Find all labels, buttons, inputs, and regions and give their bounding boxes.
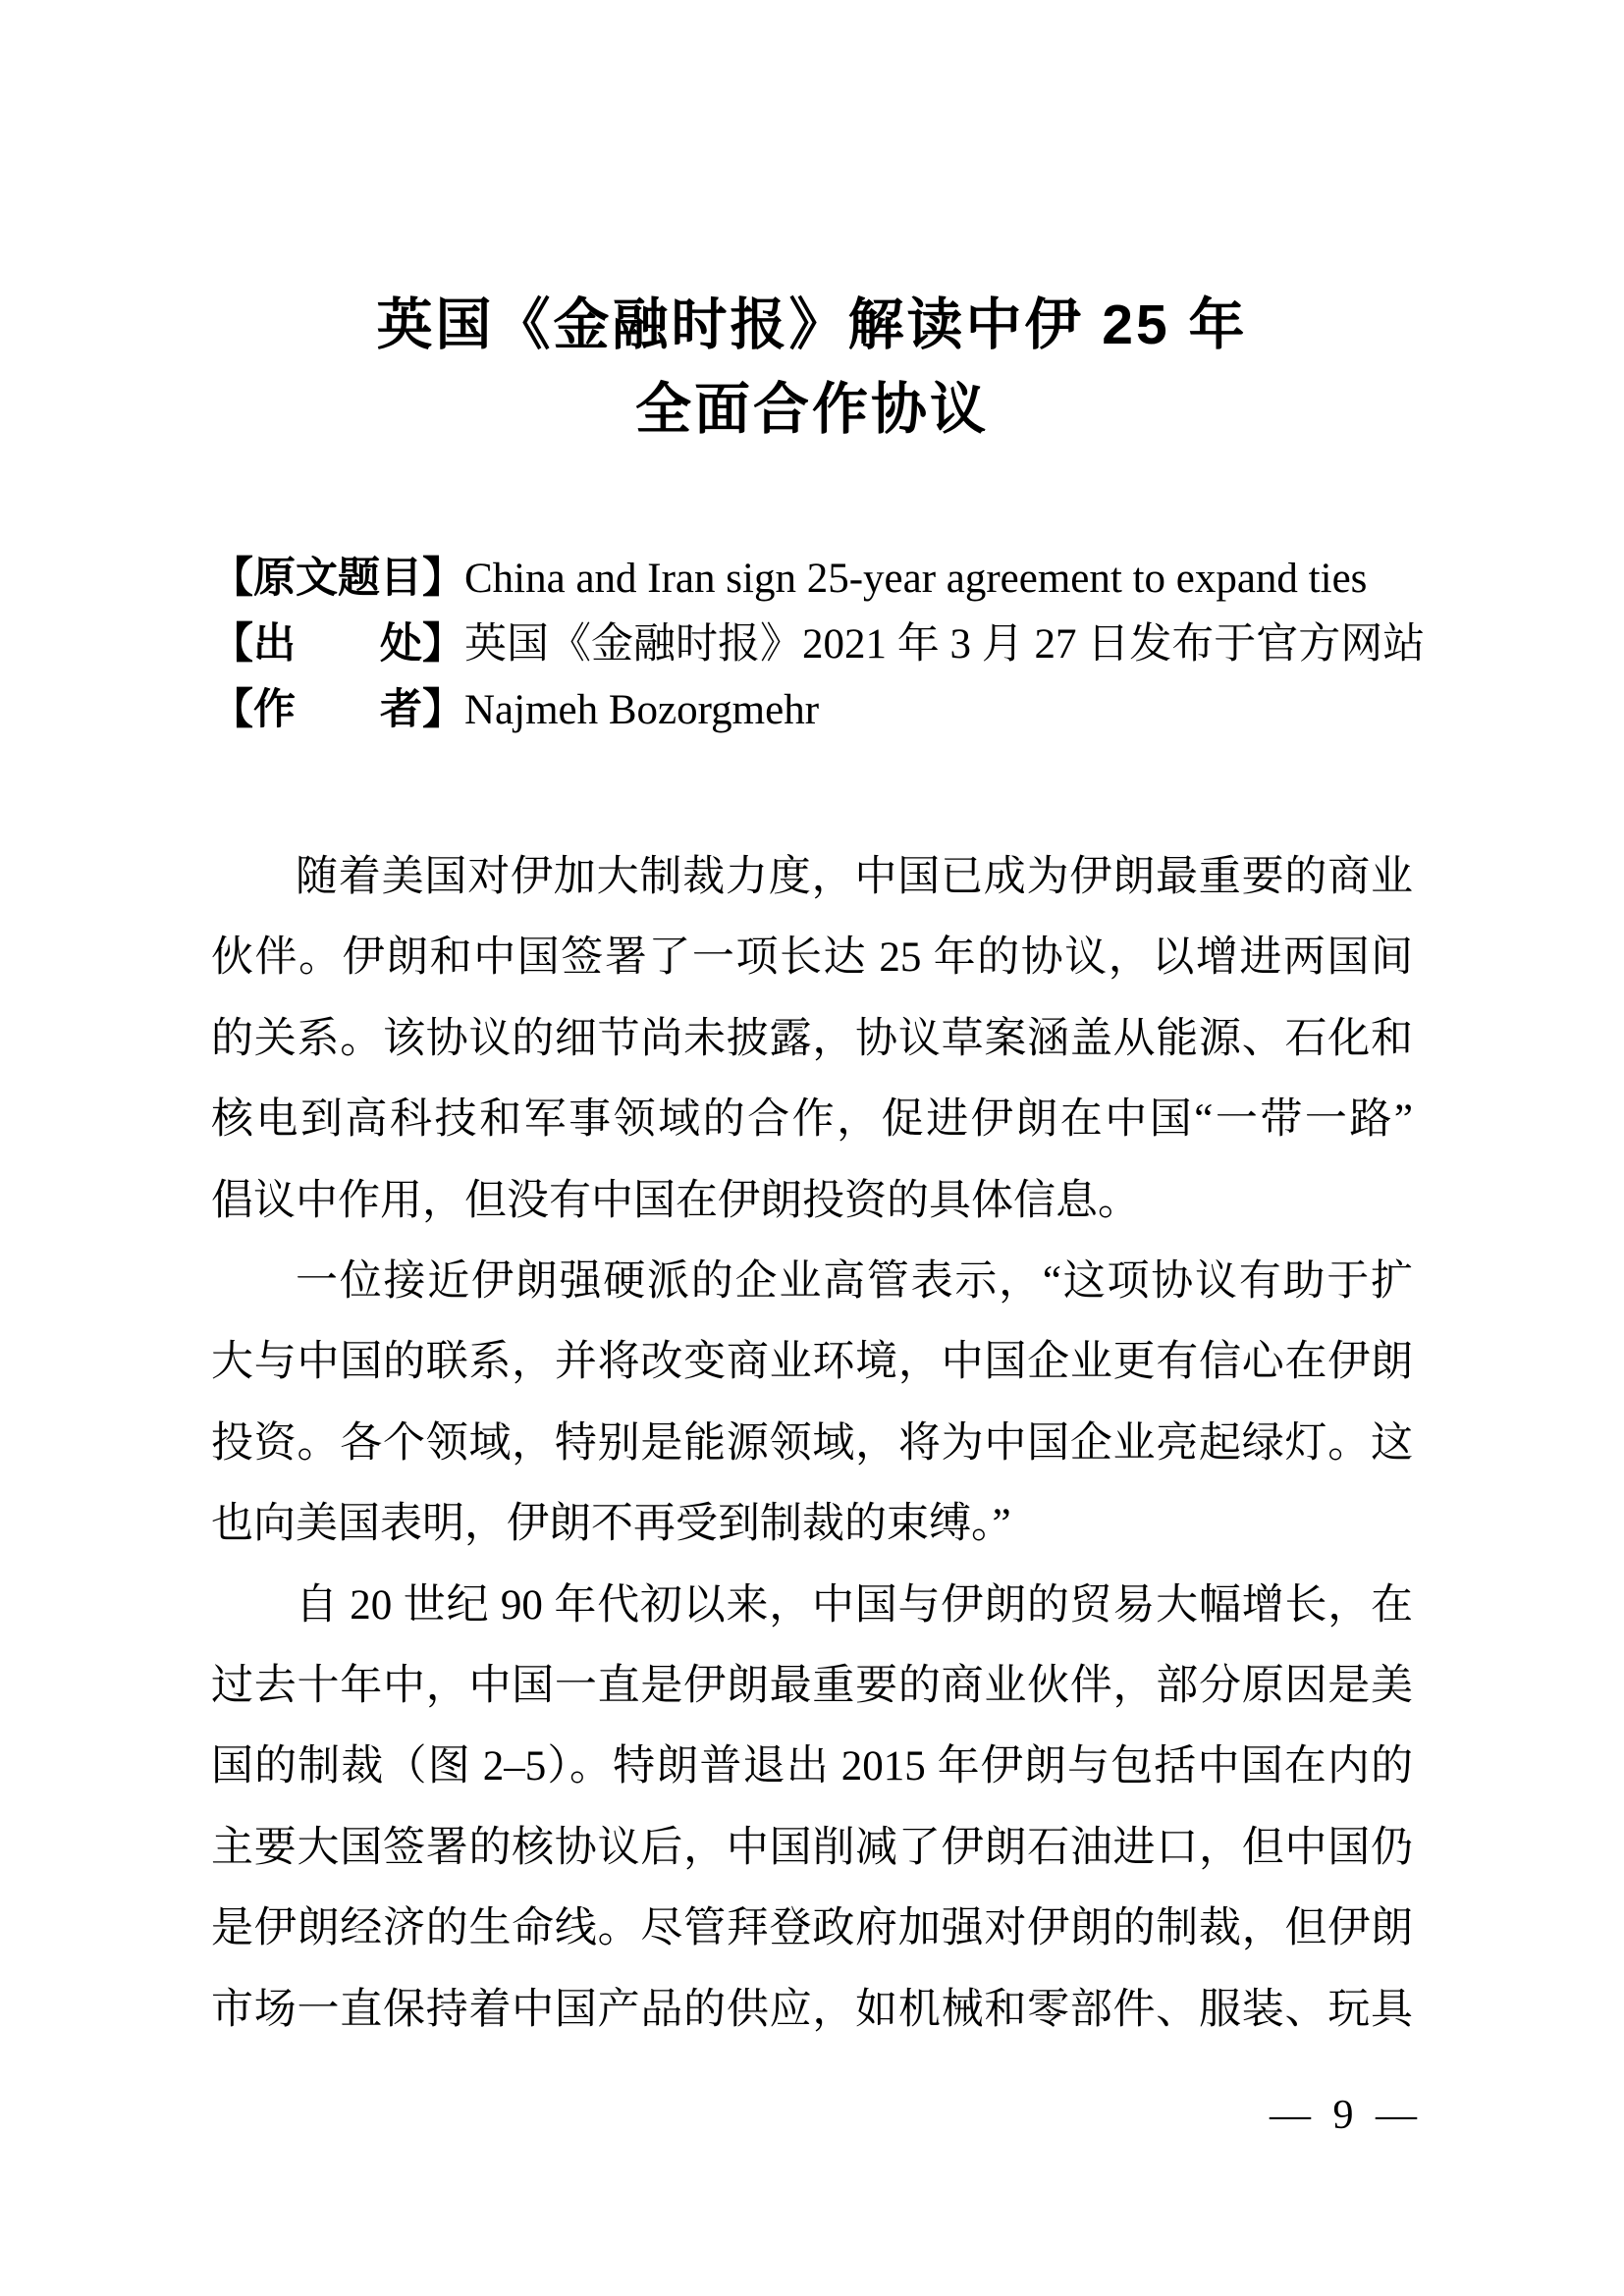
meta-label-source: 【出 处】 [211, 612, 464, 677]
meta-value-original-title: China and Iran sign 25-year agreement to… [464, 546, 1367, 612]
body-line: 伙伴。伊朗和中国签署了一项长达 25 年的协议，以增进两国间 [211, 918, 1413, 998]
body-line: 大与中国的联系，并将改变商业环境，中国企业更有信心在伊朗 [211, 1322, 1413, 1403]
document-title-line1: 英国《金融时报》解读中伊 25 年 [211, 283, 1413, 367]
body-line: 主要大国签署的核协议后，中国削减了伊朗石油进口，但中国仍 [211, 1808, 1413, 1889]
body-text: 随着美国对伊加大制裁力度，中国已成为伊朗最重要的商业 伙伴。伊朗和中国签署了一项… [211, 837, 1413, 2051]
meta-row-author: 【作 者】 Najmeh Bozorgmehr [211, 677, 1413, 743]
body-line: 自 20 世纪 90 年代初以来，中国与伊朗的贸易大幅增长，在 [211, 1566, 1413, 1646]
body-line: 是伊朗经济的生命线。尽管拜登政府加强对伊朗的制裁，但伊朗 [211, 1889, 1413, 1969]
meta-label-original-title: 【原文题目】 [211, 546, 464, 612]
body-line: 也向美国表明，伊朗不再受到制裁的束缚。” [211, 1484, 1413, 1565]
body-line: 市场一直保持着中国产品的供应，如机械和零部件、服装、玩具 [211, 1970, 1413, 2051]
body-line: 一位接近伊朗强硬派的企业高管表示，“这项协议有助于扩 [211, 1242, 1413, 1322]
meta-row-original-title: 【原文题目】 China and Iran sign 25-year agree… [211, 546, 1413, 612]
body-line: 投资。各个领域，特别是能源领域，将为中国企业亮起绿灯。这 [211, 1404, 1413, 1484]
document-title-line2: 全面合作协议 [211, 367, 1413, 452]
document-title: 英国《金融时报》解读中伊 25 年 全面合作协议 [211, 283, 1413, 452]
body-line: 过去十年中，中国一直是伊朗最重要的商业伙伴，部分原因是美 [211, 1646, 1413, 1727]
paragraph-2: 一位接近伊朗强硬派的企业高管表示，“这项协议有助于扩 大与中国的联系，并将改变商… [211, 1242, 1413, 1566]
content-area: 英国《金融时报》解读中伊 25 年 全面合作协议 【原文题目】 China an… [211, 0, 1413, 2051]
body-line: 倡议中作用，但没有中国在伊朗投资的具体信息。 [211, 1161, 1413, 1242]
meta-row-source: 【出 处】 英国《金融时报》2021 年 3 月 27 日发布于官方网站 [211, 612, 1413, 677]
body-line: 随着美国对伊加大制裁力度，中国已成为伊朗最重要的商业 [211, 837, 1413, 918]
body-line: 核电到高科技和军事领域的合作，促进伊朗在中国“一带一路” [211, 1080, 1413, 1160]
metadata-block: 【原文题目】 China and Iran sign 25-year agree… [211, 546, 1413, 743]
body-line: 国的制裁（图 2–5）。特朗普退出 2015 年伊朗与包括中国在内的 [211, 1727, 1413, 1807]
meta-value-source: 英国《金融时报》2021 年 3 月 27 日发布于官方网站 [464, 612, 1425, 677]
paragraph-3: 自 20 世纪 90 年代初以来，中国与伊朗的贸易大幅增长，在 过去十年中，中国… [211, 1566, 1413, 2051]
meta-value-author: Najmeh Bozorgmehr [464, 677, 819, 743]
page-number: — 9 — [1270, 2091, 1423, 2140]
meta-label-author: 【作 者】 [211, 677, 464, 743]
body-line: 的关系。该协议的细节尚未披露，协议草案涵盖从能源、石化和 [211, 999, 1413, 1080]
paragraph-1: 随着美国对伊加大制裁力度，中国已成为伊朗最重要的商业 伙伴。伊朗和中国签署了一项… [211, 837, 1413, 1242]
document-page: 英国《金融时报》解读中伊 25 年 全面合作协议 【原文题目】 China an… [0, 0, 1624, 2296]
